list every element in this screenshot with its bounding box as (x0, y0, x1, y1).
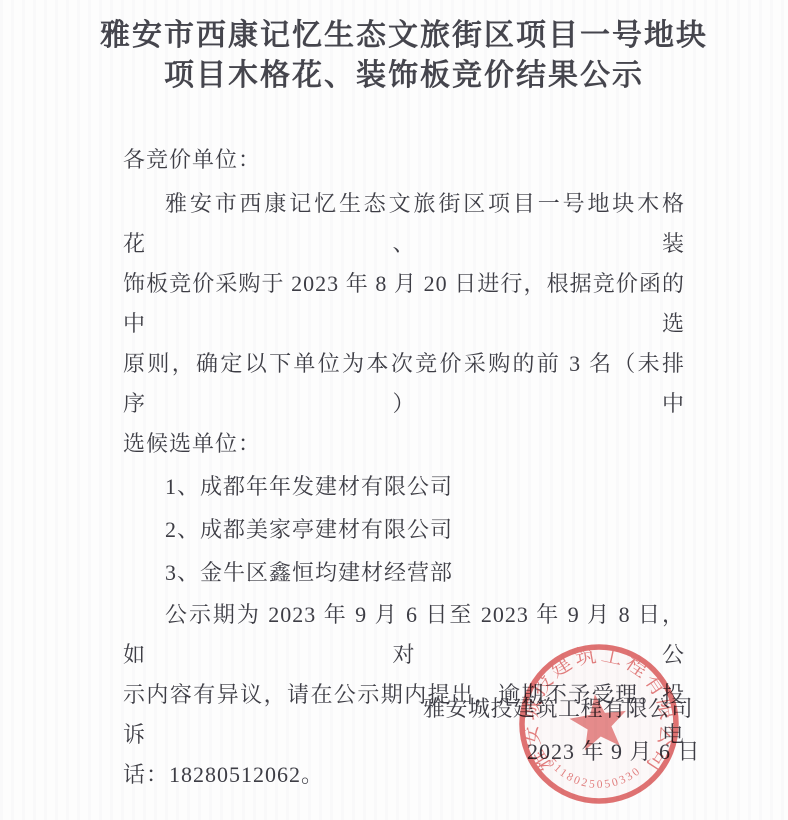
document-title-line-1: 雅安市西康记忆生态文旅街区项目一号地块 (30, 16, 778, 56)
paragraph-line: 原则，确定以下单位为本次竞价采购的前 3 名（未排序）中 (123, 344, 685, 424)
winner-list-item-2: 2、成都美家亭建材有限公司 (123, 509, 685, 550)
company-seal: 雅安城投建筑工程有限公司 5118025050330 (509, 634, 689, 814)
paragraph-line: 饰板竞价采购于 2023 年 8 月 20 日进行，根据竞价函的中选 (123, 264, 685, 344)
paragraph-line: 选候选单位： (123, 424, 685, 464)
document-title-line-2: 项目木格花、装饰板竞价结果公示 (30, 56, 778, 96)
paragraph-line: 雅安市西康记忆生态文旅街区项目一号地块木格花、装 (123, 184, 685, 264)
salutation: 各竞价单位： (123, 140, 685, 180)
winner-list-item-3: 3、金牛区鑫恒均建材经营部 (123, 552, 685, 593)
winner-list-item-1: 1、成都年年发建材有限公司 (123, 466, 685, 507)
notice-document: 雅安市西康记忆生态文旅街区项目一号地块 项目木格花、装饰板竞价结果公示 各竞价单… (0, 0, 788, 820)
document-title: 雅安市西康记忆生态文旅街区项目一号地块 项目木格花、装饰板竞价结果公示 (30, 16, 778, 96)
